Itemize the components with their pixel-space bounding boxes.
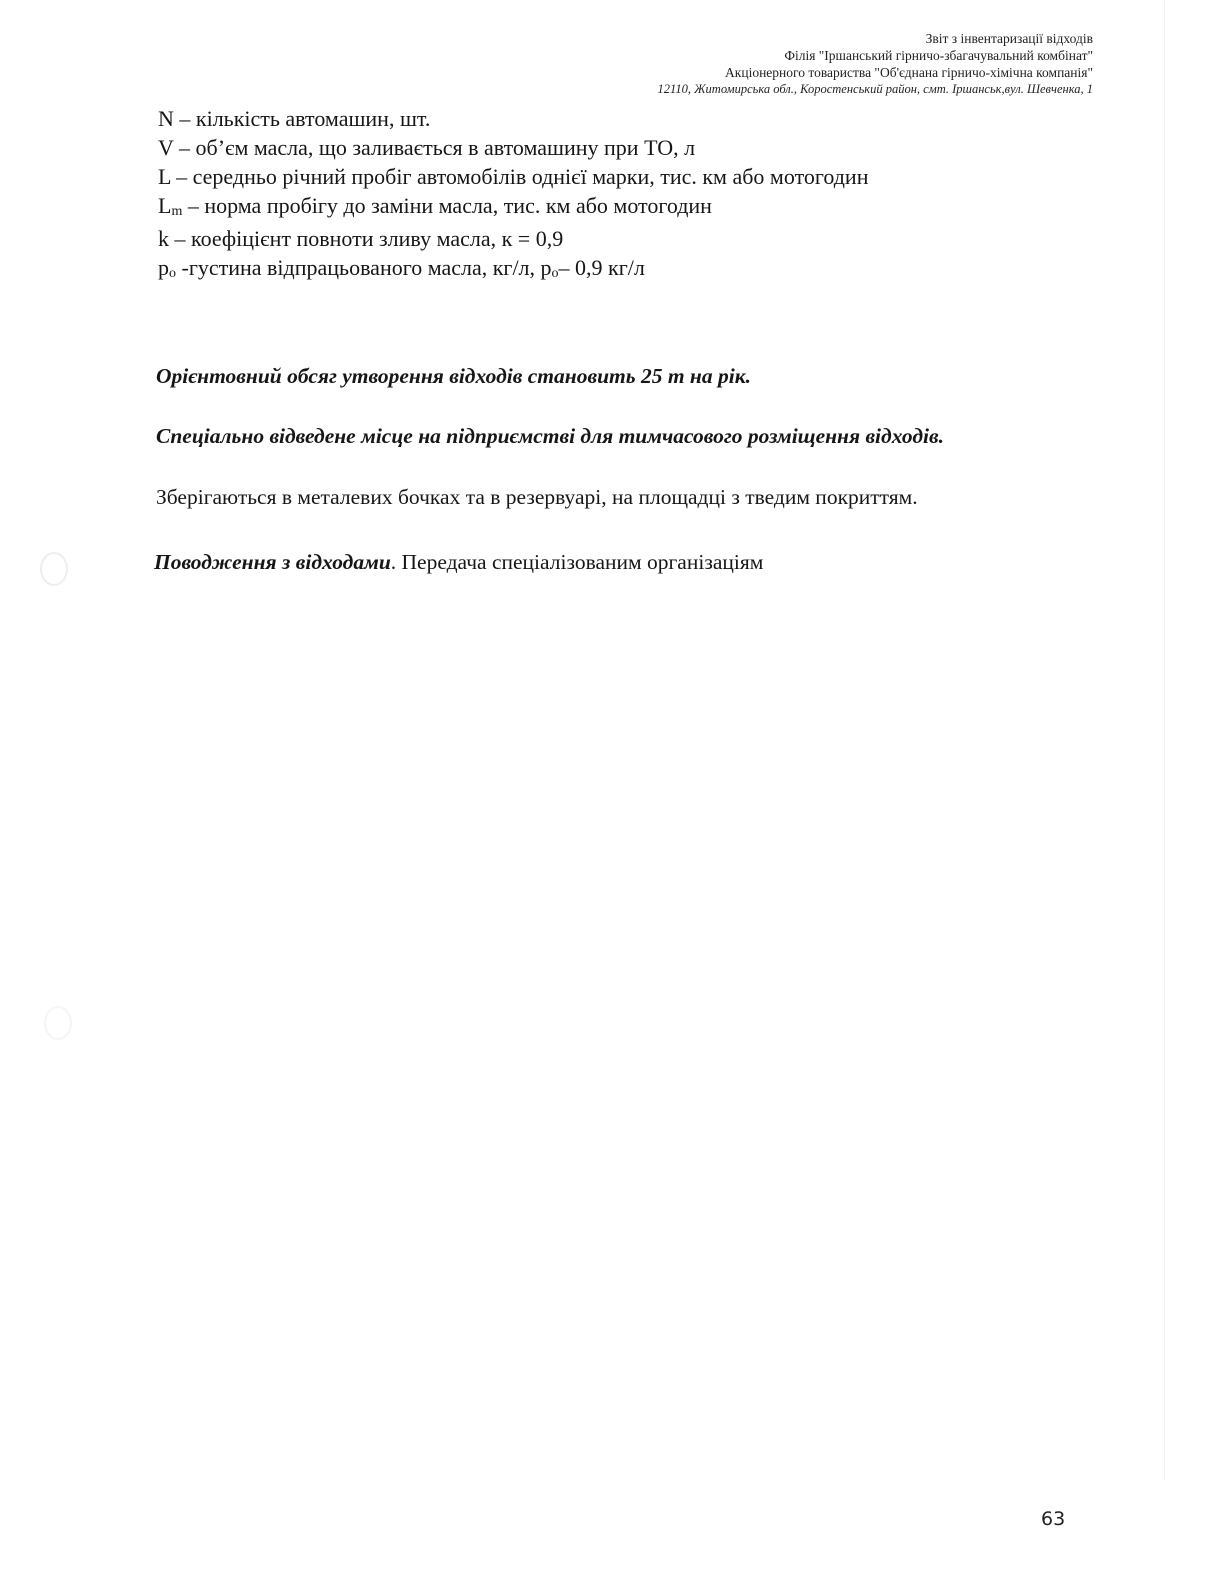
waste-handling: Поводження з відходами. Передача спеціал… bbox=[154, 550, 763, 575]
punch-hole-mark bbox=[40, 552, 68, 586]
header-branch: Філія "Іршанський гірничо-збагачувальний… bbox=[658, 47, 1093, 64]
definition-text: – коефіцієнт повноти зливу масла, к = 0,… bbox=[169, 226, 563, 251]
header-company: Акціонерного товариства "Об'єднана гірни… bbox=[658, 64, 1093, 81]
scan-edge-line bbox=[1164, 0, 1165, 1480]
waste-volume-statement: Орієнтовний обсяг утворення відходів ста… bbox=[156, 364, 751, 389]
definition-text: – середньо річний пробіг автомобілів одн… bbox=[171, 164, 869, 189]
definition-l: L – середньо річний пробіг автомобілів о… bbox=[158, 162, 868, 191]
punch-hole-mark bbox=[44, 1006, 72, 1040]
page-header: Звіт з інвентаризації відходів Філія "Ір… bbox=[658, 30, 1093, 98]
definition-k: k – коефіцієнт повноти зливу масла, к = … bbox=[158, 224, 868, 253]
definition-v: V – об’єм масла, що заливається в автома… bbox=[158, 133, 868, 162]
storage-place-heading: Спеціально відведене місце на підприємст… bbox=[156, 424, 944, 449]
document-page: Звіт з інвентаризації відходів Філія "Ір… bbox=[0, 0, 1219, 1574]
header-address: 12110, Житомирська обл., Коростенський р… bbox=[658, 81, 1093, 98]
page-number: 63 bbox=[1041, 1508, 1065, 1530]
definition-value: – 0,9 кг/л bbox=[559, 255, 645, 280]
waste-handling-label: Поводження з відходами bbox=[154, 550, 391, 574]
definition-text: – кількість автомашин, шт. bbox=[174, 106, 430, 131]
symbol-subscript: m bbox=[171, 204, 182, 219]
definition-text: – норма пробігу до заміни масла, тис. км… bbox=[182, 193, 712, 218]
symbol-subscript: o bbox=[169, 266, 176, 281]
waste-handling-text: . Передача спеціалізованим організаціям bbox=[391, 550, 764, 574]
definition-po: po -густина відпрацьованого масла, кг/л,… bbox=[158, 253, 868, 286]
symbol: k bbox=[158, 226, 169, 251]
symbol-subscript: o bbox=[552, 266, 559, 281]
symbol: N bbox=[158, 106, 174, 131]
storage-description: Зберігаються в металевих бочках та в рез… bbox=[156, 485, 918, 510]
symbol: V bbox=[158, 135, 174, 160]
definition-lm: Lm – норма пробігу до заміни масла, тис.… bbox=[158, 191, 868, 224]
definition-text: -густина відпрацьованого масла, кг/л, p bbox=[176, 255, 552, 280]
variable-definitions: N – кількість автомашин, шт. V – об’єм м… bbox=[158, 104, 868, 286]
definition-text: – об’єм масла, що заливається в автомаши… bbox=[174, 135, 696, 160]
symbol: L bbox=[158, 193, 171, 218]
definition-n: N – кількість автомашин, шт. bbox=[158, 104, 868, 133]
header-report-title: Звіт з інвентаризації відходів bbox=[658, 30, 1093, 47]
symbol: L bbox=[158, 164, 171, 189]
symbol: p bbox=[158, 255, 169, 280]
